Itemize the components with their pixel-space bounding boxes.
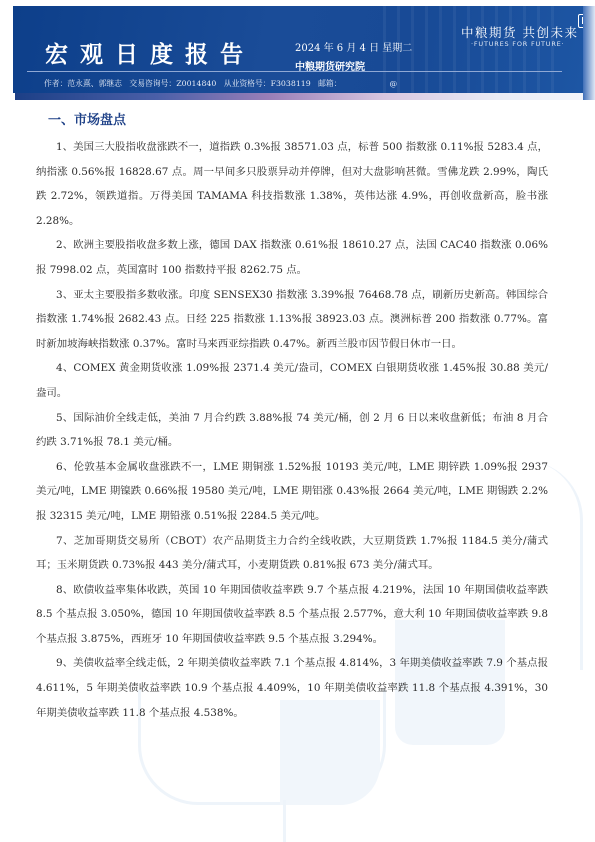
qualification-number: F3038119 [271, 79, 311, 88]
consult-label: 交易咨询号： [129, 79, 176, 88]
authors: 范永熹、郭继志 [67, 79, 122, 88]
header-decorative-fade [583, 6, 595, 100]
author-info-line: 作者：范永熹、郭继志 交易咨询号：Z0014840 从业资格号：F3038119… [44, 78, 397, 89]
futures-logo-icon [578, 14, 583, 28]
report-date: 2024 年 6 月 4 日 星期二 [295, 39, 412, 54]
brand-slogan-english: ·FUTURES FOR FUTURE· [471, 40, 564, 48]
paragraph-us-treasury-yields: 9、美债收益率全线走低，2 年期美债收益率跌 7.1 个基点报 4.814%，3… [36, 651, 548, 725]
paragraph-europe-stocks: 2、欧洲主要股指收盘多数上涨，德国 DAX 指数涨 0.61%报 18610.2… [36, 233, 548, 282]
paragraph-euro-bond-yields: 8、欧债收益率集体收跌，英国 10 年期国债收益率跌 9.7 个基点报 4.21… [36, 578, 548, 652]
report-body: 1、美国三大股指收盘涨跌不一，道指跌 0.3%报 38571.03 点，标普 5… [36, 135, 548, 725]
paragraph-crude-oil: 5、国际油价全线走低，美油 7 月合约跌 3.88%报 74 美元/桶，创 2 … [36, 406, 548, 455]
report-header-banner: 宏观日度报告 2024 年 6 月 4 日 星期二 中粮期货研究院 中粮期货 共… [13, 6, 583, 93]
watermark-shape [283, 800, 286, 842]
header-divider [27, 71, 562, 72]
report-title: 宏观日度报告 [45, 36, 255, 69]
authors-label: 作者： [44, 79, 67, 88]
email-label: 邮箱： [318, 79, 341, 88]
qualification-label: 从业资格号： [224, 79, 271, 88]
paragraph-cbot-agriculture: 7、芝加哥期货交易所（CBOT）农产品期货主力合约全线收跌，大豆期货跌 1.7%… [36, 529, 548, 578]
email-address[interactable]: @ [390, 79, 398, 88]
consult-number: Z0014840 [176, 79, 216, 88]
paragraph-lme-base-metals: 6、伦敦基本金属收盘涨跌不一，LME 期铜涨 1.52%报 10193 美元/吨… [36, 455, 548, 529]
section-title-market-review: 一、市场盘点 [48, 109, 126, 128]
brand-slogan: 中粮期货 共创未来 [461, 23, 578, 41]
paragraph-us-stocks: 1、美国三大股指收盘涨跌不一，道指跌 0.3%报 38571.03 点，标普 5… [36, 135, 548, 233]
paragraph-asia-pacific-stocks: 3、亚太主要股指多数收涨。印度 SENSEX30 指数涨 3.39%报 7646… [36, 283, 548, 357]
paragraph-comex-metals: 4、COMEX 黄金期货收涨 1.09%报 2371.4 美元/盎司，COMEX… [36, 356, 548, 405]
